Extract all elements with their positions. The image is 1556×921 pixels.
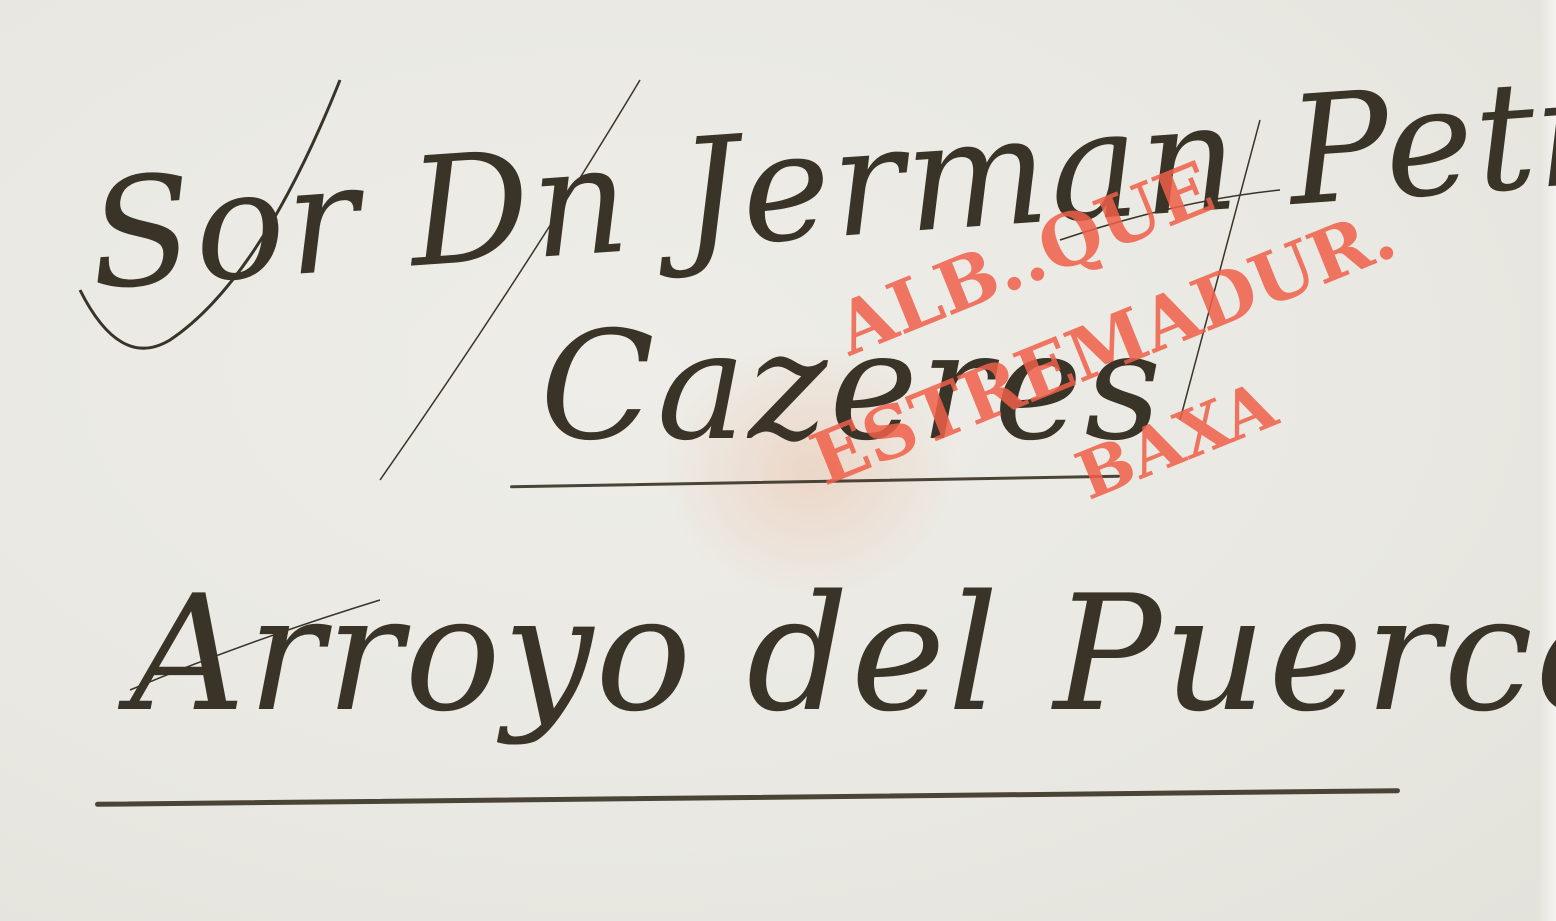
pen-flourishes (0, 0, 1556, 921)
